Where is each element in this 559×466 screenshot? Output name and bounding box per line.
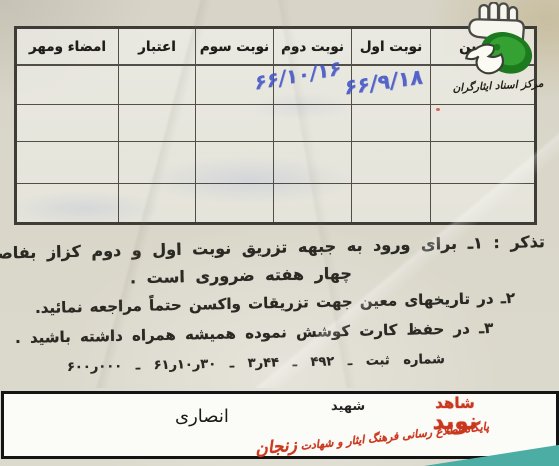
red-mark: [436, 108, 440, 111]
note-line-1b: چهار هفته ضروری است .: [130, 264, 352, 288]
navidshahed-logo: شاهد نوید: [425, 396, 485, 434]
note-line-2: ۲ـ در تاریخهای معین جهت تزریقات واکسن حت…: [35, 289, 515, 317]
martyr-prefix: شهید: [331, 399, 365, 414]
footer-banner: شهید انصاری پایگاه اطلاع رسانی فرهنگ ایث…: [1, 391, 559, 459]
note-line-1: تذکر : ۱ـ برای ورود به جبهه تزریق نوبت ا…: [0, 232, 545, 263]
tagline-city: زنجان: [254, 435, 297, 459]
martyr-name: انصاری: [175, 406, 229, 427]
registration-number-line: شماره ثبت ـ ۴۹۲ ـ ۴۴ر۳ ـ ۳۰ر۱۰ر۶۱ ـ ۰۰۰ر…: [67, 352, 445, 375]
scanned-vaccination-card: امضاء ومهر اعتبار نوبت سوم نوبت دوم نوبت…: [0, 0, 559, 466]
hand-dove-leaf-icon: [444, 2, 548, 82]
navidshahed-logo-bottom: نوید: [425, 411, 485, 434]
note-line-3: ۳ـ در حفظ کارت کوشش نموده همیشه همراه دا…: [15, 319, 494, 347]
archive-logo: مرکز اسناد ایثارگران: [440, 0, 558, 100]
